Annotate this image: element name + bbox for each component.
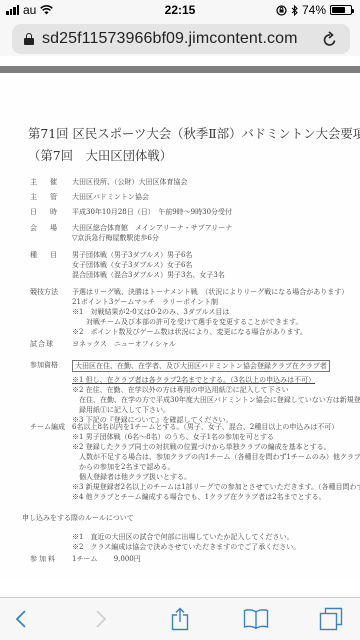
battery-percent: 74% [302,3,326,17]
row-value: 混合団体戦（混合3ダブルス）男子3名、女子3名 [72,270,225,280]
row-value: 人数が不足する場合は、参加クラブの内1チーム（各種目を問わず1チームのみ）他クラ… [72,452,360,462]
tabs-icon [319,607,343,631]
row-value: ▽京浜急行梅屋敷駅徒歩6分 [72,233,232,243]
row-value: 録用紙①に記入して下さい。 [72,405,360,415]
row-value: ※2 ポイント数及びゲーム数は状況により、変更になる場合があります。 [72,327,348,337]
book-icon [243,608,269,630]
share-button[interactable] [165,606,195,632]
row-value: からの参加を2名まで認める。 [72,462,360,472]
page-top-divider [0,66,360,73]
row-value: 6名以上8名以内を1チームとする。（男子、女子、混合、2種目以上の申込みは不可） [72,422,360,432]
row-value: ※2 在住、在勤、在学以外の方は専用の申込用紙②に記入して下さい [72,385,360,395]
battery-icon [330,5,352,15]
row-value: 対戦チーム及び本部の許可を受けて選手を変更することができます。 [72,317,348,327]
row-value: 男子団体戦（男子3ダブルス）男子6名 [72,250,225,260]
rule-item: ※1 直近の大田区の試合で何部に出場していたか記入してください。 [72,532,300,542]
eligibility-box: 大田区在住、在勤、在学者、及び大田区バドミントン協会登録クラブ在クラブ者 [72,360,330,372]
forward-button[interactable] [86,606,116,632]
row-value: ※1 但し、在クラブ者は各クラブ2名までとする。（3名以上の申込みは不可） [72,376,315,384]
row-label: 競技方法 [30,287,74,297]
document-page[interactable]: 第71回 区民スポーツ大会（秋季Ⅱ部）バドミントン大会要項 （第7回 大田区団体… [0,73,360,580]
chevron-right-icon [95,609,107,629]
row-value: 予選はリーグ戦、決勝はトーナメント戦 （状況によりリーグ戦になる場合があります） [72,287,348,297]
back-button[interactable] [6,606,36,632]
reload-icon[interactable] [320,31,340,47]
address-bar[interactable]: sd25f11573966bf09.jimcontent.com [12,24,350,54]
row-label: 参加資格 [30,360,74,370]
rules-heading: 申し込みをする際のルールについて [22,513,134,523]
row-label: 主 催 [30,177,74,187]
bookmarks-button[interactable] [241,606,271,632]
row-value: 21ポイント3ゲームマッチ ラリーポイント制 [72,297,348,307]
row-value: ※4 他クラブとチーム編成する場合でも、1クラブ在クラブ者は2名までとする。 [72,492,360,502]
row-label: 主 管 [30,192,74,202]
share-icon [171,607,189,631]
row-value: 個人登録者は他クラブ扱いとする。 [72,472,360,482]
lock-icon [24,33,34,45]
row-label: 参加料 [30,554,74,564]
row-value: 大田区バドミントン協会 [72,192,149,202]
document-title: 第71回 区民スポーツ大会（秋季Ⅱ部）バドミントン大会要項 （第7回 大田区団体… [28,123,360,167]
row-value: 大田区役所、（公財）大田区体育協会 [72,177,188,187]
row-value: ※3 新規登録者2名以上のチームは1部リーグでの参加とさせていただきます。（各種… [72,482,360,492]
browser-url-area: sd25f11573966bf09.jimcontent.com [0,20,360,56]
orientation-lock-icon [276,5,287,16]
url-text[interactable]: sd25f11573966bf09.jimcontent.com [42,30,320,48]
status-right: 74% [276,3,352,17]
chevron-left-icon [15,609,27,629]
row-value: 在住、在勤、在学の方で平成30年度大田区バドミントン協会に登録していない方は新規… [72,395,360,405]
row-value: 大田区総合体育館 メインアリーナ・サブアリーナ [72,223,232,233]
row-value: ※1 対戦結果が2-0又は0-2のみ、3ダブルス目は [72,307,348,317]
fee-amount: 9,000円 [114,555,141,563]
bluetooth-icon [291,5,298,16]
tabs-button[interactable] [316,606,346,632]
status-bar: au 22:15 74% [0,0,360,20]
row-value: ヨネックス ニューオフィシャル [72,339,176,349]
row-label: チーム編成 [30,422,74,432]
title-line-2: （第7回 大田区団体戦） [28,145,360,167]
row-label: 試合球 [30,339,74,349]
row-value: ※1 男子団体戦（6名～8名）のうち、女子1名の参加を可とする [72,432,360,442]
row-value: 女子団体戦（女子3ダブルス）女子6名 [72,260,225,270]
row-label: 日 時 [30,207,74,217]
row-label: 種 目 [30,250,74,260]
row-value: 平成30年10月28日（日） 午前9時～9時30分受付 [72,207,232,217]
title-line-1: 第71回 区民スポーツ大会（秋季Ⅱ部）バドミントン大会要項 [28,123,360,145]
rule-item: ※2 クラス編成は協会で決めさせていただきますのでご了承ください。 [72,542,300,552]
browser-toolbar [0,597,360,640]
fee-unit: 1チーム [72,555,97,563]
row-label: 会 場 [30,223,74,233]
row-value: ※2 登録したクラブ同士の対抗戦の位置づけから単独クラブの編成を基本とする。 [72,442,360,452]
